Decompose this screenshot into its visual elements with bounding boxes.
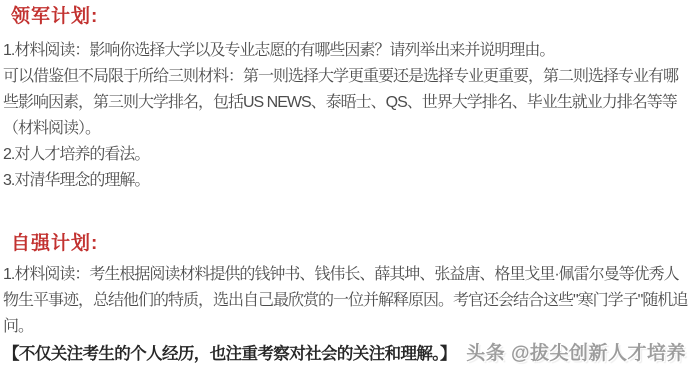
article-page: 领军计划: 1.材料阅读：影响你选择大学以及专业志愿的有哪些因素？请列举出来并说… [0, 0, 693, 367]
paragraph-material-reading-question: 1.材料阅读：影响你选择大学以及专业志愿的有哪些因素？请列举出来并说明理由。 [3, 38, 690, 64]
footer-row: 【不仅关注考生的个人经历，也注重考察对社会的关注和理解。】 头条 @拔尖创新人才… [3, 341, 690, 367]
section-title-ziqiang-plan: 自强计划: [11, 233, 690, 255]
paragraph-talent-cultivation-view: 2.对人才培养的看法。 [3, 142, 690, 168]
section-title-lingjun-plan: 领军计划: [11, 6, 690, 28]
paragraph-tsinghua-philosophy: 3.对清华理念的理解。 [3, 168, 690, 194]
highlight-note: 【不仅关注考生的个人经历，也注重考察对社会的关注和理解。】 [3, 341, 456, 367]
toutiao-watermark: 头条 @拔尖创新人才培养 [466, 341, 686, 367]
paragraph-three-materials: 可以借鉴但不局限于所给三则材料：第一则选择大学更重要还是选择专业更重要，第二则选… [3, 64, 690, 142]
paragraph-ziqiang-material-reading: 1.材料阅读：考生根据阅读材料提供的钱钟书、钱伟长、薛其坤、张益唐、格里戈里·佩… [3, 262, 690, 340]
